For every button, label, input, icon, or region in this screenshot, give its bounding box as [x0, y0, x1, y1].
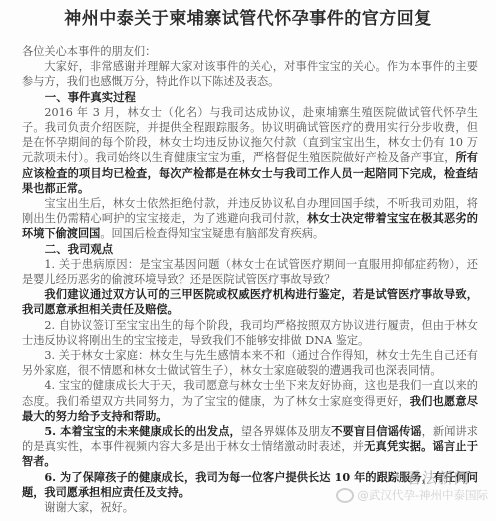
point-3: 3. 关于林女士家庭：林女生与先生感情本来不和（通过合作得知，林女士先生自己还有… — [22, 348, 478, 378]
weibo-icon — [336, 488, 354, 503]
document-title: 神州中泰关于柬埔寨试管代怀孕事件的官方回复 — [0, 8, 496, 30]
watermark: 看法新闻 @武汉代孕-神州中泰国际 — [298, 467, 488, 507]
salutation: 各位关心本事件的朋友们： — [22, 44, 478, 59]
point-1-question: 1. 关于患病原因：是宝宝基因问题（林女士在试管医疗期间一直服用抑郁症药物），还… — [22, 257, 478, 287]
document-body: 各位关心本事件的朋友们： 大家好，非常感谢并理解大家对该事件的关心，对事件宝宝的… — [22, 44, 478, 515]
point-5-lead: 5. 本着宝宝的未来健康成长的出发点， — [44, 424, 240, 438]
watermark-brand-text: 看法新闻 — [406, 469, 470, 487]
section-heading-2: 二、我司观点 — [22, 242, 478, 257]
document-page: 神州中泰关于柬埔寨试管代怀孕事件的官方回复 各位关心本事件的朋友们： 大家好，非… — [0, 0, 496, 521]
section1-para1-text: 2016 年 3 月，林女士（化名）与我司达成协议，赴柬埔寨生殖医院做试管代怀孕… — [22, 106, 478, 165]
point-5-text-a: 望各界媒体及朋友 — [241, 425, 331, 438]
intro-paragraph: 大家好，非常感谢并理解大家对该事件的关心，对事件宝宝的关心。作为本事件的主要参与… — [22, 59, 478, 89]
point-2: 2. 自协议签订至宝宝出生的每个阶段，我司均严格按照双方协议进行履责，但由于林女… — [22, 318, 478, 348]
watermark-brand: 看法新闻 — [392, 467, 470, 488]
watermark-handle-text: @武汉代孕-神州中泰国际 — [357, 488, 488, 502]
section1-paragraph-1: 2016 年 3 月，林女士（化名）与我司达成协议，赴柬埔寨生殖医院做试管代怀孕… — [22, 105, 478, 196]
watermark-handle: @武汉代孕-神州中泰国际 — [336, 487, 488, 503]
point-5: 5. 本着宝宝的未来健康成长的出发点，望各界媒体及朋友不要盲目信谣传谣，新闻讲求… — [22, 424, 478, 470]
sparkle-icon — [392, 467, 402, 477]
point-1-answer: 我们建议通过双方认可的三甲医院或权威医疗机构进行鉴定，若是试管医疗事故导致，我司… — [22, 287, 478, 317]
section1-para2-tail: 。回国后检查得知宝宝疑患有脑部发育疾病。 — [100, 227, 324, 240]
section1-paragraph-2: 宝宝出生后，林女士依然拒绝付款，并违反协议私自办理回国手续，不听我司劝阻，将刚出… — [22, 196, 478, 242]
point-5-emphasis-a: 不要盲目信谣传谣 — [331, 424, 421, 438]
point-4: 4. 宝宝的健康成长大于天，我司愿意与林女士坐下来友好协商，这也是我们一直以来的… — [22, 378, 478, 424]
section-heading-1: 一、事件真实过程 — [22, 90, 478, 105]
